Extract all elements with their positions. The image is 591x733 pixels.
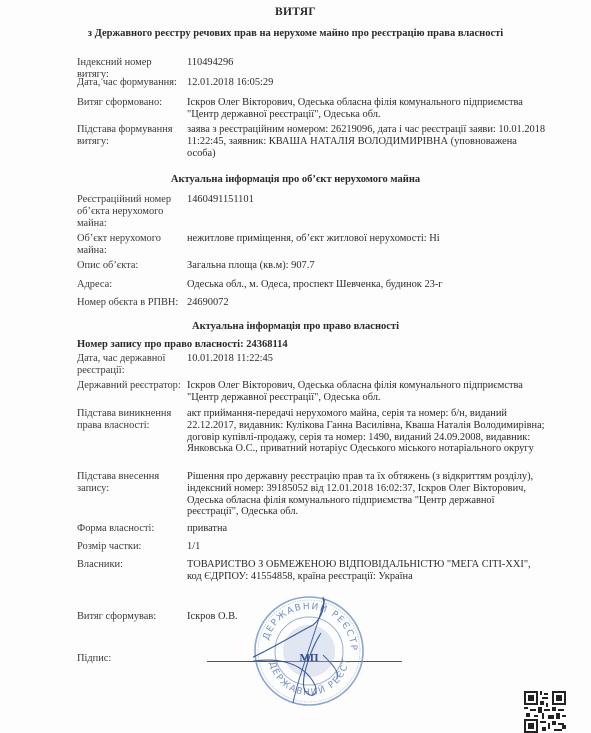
field-label: Підпис: [77,653,177,665]
qr-code-icon [524,691,566,733]
field-label: Номер обєкта в РПВН: [77,297,187,309]
field-value: 110494296 [187,57,547,69]
field-label: Підстава внесення запису: [77,471,177,495]
field-value: нежитлове приміщення, об’єкт житлової не… [187,233,547,245]
official-seal-icon: ДЕРЖАВНИЙ РЕЄСТРАТОР ДЕРЖАВНИЙ РЕЄСТРАТО… [253,595,365,707]
field-label: Дата, час державної реєстрації: [77,353,177,377]
field-label: Витяг сформовано: [77,97,177,109]
document-title: ВИТЯГ [0,6,591,18]
field-label: Об’єкт нерухомого майна: [77,233,177,257]
field-label: Власники: [77,559,177,571]
document-subtitle: з Державного реєстру речових прав на нер… [0,28,591,39]
field-label: Опис об’єкта: [77,260,177,272]
field-label: Підстава формування витягу: [77,124,177,148]
field-value: Іскров Олег Вікторович, Одеська обласна … [187,380,547,404]
field-label: Реєстраційний номер об’єкта нерухомого м… [77,194,177,229]
field-label: Форма власності: [77,523,177,535]
ownership-record-heading: Номер запису про право власності: 243681… [77,339,288,350]
field-value: Іскров О.В. [187,611,547,623]
field-label: Державний реєстратор: [77,380,187,392]
field-value: Рішення про державну реєстрацію прав та … [187,471,547,518]
field-value: 1460491151101 [187,194,547,206]
ownership-section-heading: Актуальна інформація про право власності [0,321,591,332]
field-value: 1/1 [187,541,547,553]
field-value: 12.01.2018 16:05:29 [187,77,547,89]
field-value: заява з реєстраційним номером: 26219096,… [187,124,547,159]
field-value: 10.01.2018 11:22:45 [187,353,547,365]
field-value: акт приймання-передачі нерухомого майна,… [187,408,547,455]
property-section-heading: Актуальна інформація про об’єкт нерухомо… [0,174,591,185]
field-value: ТОВАРИСТВО З ОБМЕЖЕНОЮ ВІДПОВІДАЛЬНІСТЮ … [187,559,547,583]
field-value: Одеська обл., м. Одеса, проспект Шевченк… [187,279,547,291]
field-label: Витяг сформував: [77,611,177,623]
field-value: Загальна площа (кв.м): 907.7 [187,260,547,272]
field-value: 24690072 [187,297,547,309]
field-value: приватна [187,523,547,535]
field-value: Іскров Олег Вікторович, Одеська обласна … [187,97,547,121]
field-label: Розмір частки: [77,541,177,553]
field-label: Підстава виникнення права власності: [77,408,177,432]
document-page: ВИТЯГ з Державного реєстру речових прав … [0,0,591,733]
field-label: Адреса: [77,279,177,291]
field-label: Дата, час формування: [77,77,187,89]
